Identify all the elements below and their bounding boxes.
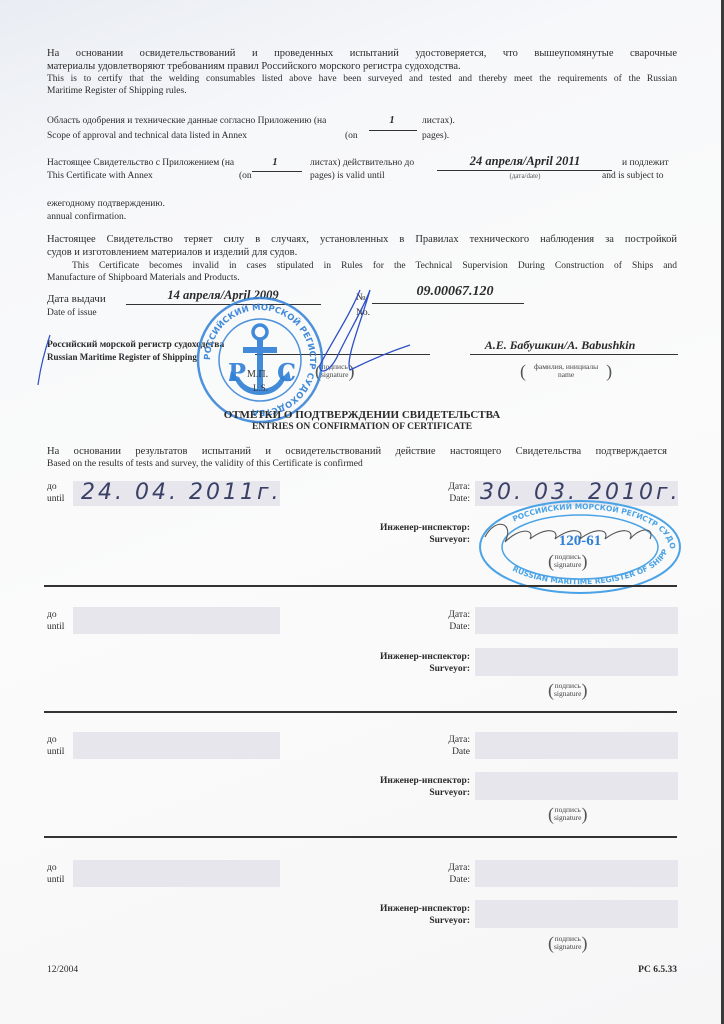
name-caption-en: name	[558, 370, 574, 379]
signature-caption: ( подписьsignature )	[548, 805, 588, 823]
until-label-en: until	[47, 621, 64, 633]
date-field[interactable]	[475, 732, 678, 759]
until-label-en: until	[47, 746, 64, 758]
signature-caption-en: signature	[554, 689, 582, 698]
until-label-ru: до	[47, 481, 57, 493]
scope-en-on: (on	[345, 130, 358, 142]
surveyor-signature-field[interactable]	[475, 900, 678, 928]
surveyor-signature-field[interactable]	[475, 772, 678, 800]
invalidity-ru-line1: Настоящее Свидетельство теряет силу в сл…	[47, 233, 677, 246]
date-label-en: Date:	[420, 621, 470, 633]
until-label-ru: до	[47, 734, 57, 746]
scope-pages-underline	[369, 130, 417, 131]
certification-ru-line2: материалы удовлетворяют требованиям прав…	[47, 60, 461, 73]
surveyor-label-en: Surveyor:	[340, 534, 470, 546]
surveyor-label-en: Surveyor:	[340, 915, 470, 927]
until-label-ru: до	[47, 609, 57, 621]
certification-en-line2: Maritime Register of Shipping rules.	[47, 85, 187, 97]
entry-divider	[44, 585, 677, 587]
valid-until-underline	[437, 170, 612, 171]
confirmation-title-ru: ОТМЕТКИ О ПОДТВЕРЖДЕНИИ СВИДЕТЕЛЬСТВА	[0, 409, 724, 421]
scope-en-text: Scope of approval and technical data lis…	[47, 130, 247, 142]
date-label-en: Date	[420, 746, 470, 758]
until-field[interactable]	[73, 732, 280, 759]
surveyor-label-ru: Инженер-инспектор:	[340, 651, 470, 663]
until-label-en: until	[47, 493, 64, 505]
certification-en-line1: This is to certify that the welding cons…	[47, 73, 677, 85]
until-label-en: until	[47, 874, 64, 886]
date-label-en: Date:	[420, 874, 470, 886]
date-label-ru: Дата:	[420, 609, 470, 621]
scope-en-after: pages).	[422, 130, 449, 142]
until-label-ru: до	[47, 862, 57, 874]
signatory-name-value: А.Е. Бабушкин/A. Babushkin	[455, 338, 665, 353]
surveyor-label-ru: Инженер-инспектор:	[340, 775, 470, 787]
surveyor-signature-field[interactable]	[475, 648, 678, 676]
date-field[interactable]	[475, 860, 678, 887]
confirmation-intro-ru: На основании результатов испытаний и осв…	[47, 445, 667, 458]
invalidity-en-line1: This Certificate becomes invalid in case…	[72, 260, 677, 272]
signature-caption-en: signature	[554, 813, 582, 822]
validity-pages-underline	[252, 171, 302, 172]
date-label-ru: Дата:	[420, 481, 470, 493]
signature-caption: ( подписьsignature )	[548, 934, 588, 952]
entry-divider	[44, 836, 677, 838]
valid-until-value: 24 апреля/April 2011	[440, 154, 610, 169]
surveyor-stamp: РОССИЙСКИЙ МОРСКОЙ РЕГИСТР СУДОХОДСТВА R…	[475, 497, 685, 597]
certification-ru-line1: На основании освидетельствований и прове…	[47, 47, 677, 60]
surveyor-label-ru: Инженер-инспектор:	[340, 522, 470, 534]
name-caption: ( фамилия, инициалыname )	[520, 362, 612, 380]
handwritten-signature	[20, 285, 440, 405]
form-code: РС 6.5.33	[560, 964, 677, 976]
entry-divider	[44, 711, 677, 713]
validity-ru-continued: ежегодному подтверждению.	[47, 198, 165, 210]
until-field[interactable]: 24. 04. 2011г.	[73, 481, 280, 506]
confirmation-title-en: ENTRIES ON CONFIRMATION OF CERTIFICATE	[0, 422, 724, 432]
validity-en-on: (on	[239, 170, 252, 182]
surveyor-label-ru: Инженер-инспектор:	[340, 903, 470, 915]
form-date: 12/2004	[47, 964, 78, 976]
validity-en-continued: annual confirmation.	[47, 211, 126, 223]
signatory-name-underline	[470, 354, 678, 355]
validity-ru-text: Настоящее Свидетельство с Приложением (н…	[47, 157, 234, 169]
invalidity-en-line2: Manufacture of Shipboard Materials and P…	[47, 272, 240, 284]
surveyor-label-en: Surveyor:	[340, 663, 470, 675]
stamp-number: 120-61	[559, 533, 602, 549]
validity-en-mid: pages) is valid until	[310, 170, 385, 182]
date-caption: (дата/date)	[480, 172, 570, 180]
validity-en-after: and is subject to	[602, 170, 663, 182]
scope-ru-text: Область одобрения и технические данные с…	[47, 115, 326, 127]
signature-caption-en: signature	[554, 942, 582, 951]
confirmation-intro-en: Based on the results of tests and survey…	[47, 458, 363, 470]
validity-en-text: This Certificate with Annex	[47, 170, 153, 182]
validity-ru-mid: листах) действительно до	[310, 157, 414, 169]
validity-ru-after: и подлежит	[622, 157, 669, 169]
validity-pages-value: 1	[255, 156, 295, 169]
until-field[interactable]	[73, 607, 280, 634]
date-label-en: Date:	[420, 493, 470, 505]
date-label-ru: Дата:	[420, 862, 470, 874]
signature-caption: ( подписьsignature )	[548, 681, 588, 699]
invalidity-ru-line2: судов и изготовлением материалов и издел…	[47, 246, 297, 259]
date-field[interactable]	[475, 607, 678, 634]
until-value: 24. 04. 2011г.	[81, 480, 282, 505]
scope-ru-after: листах).	[422, 115, 455, 127]
scope-pages-value: 1	[372, 114, 412, 127]
until-field[interactable]	[73, 860, 280, 887]
date-label-ru: Дата:	[420, 734, 470, 746]
surveyor-label-en: Surveyor:	[340, 787, 470, 799]
